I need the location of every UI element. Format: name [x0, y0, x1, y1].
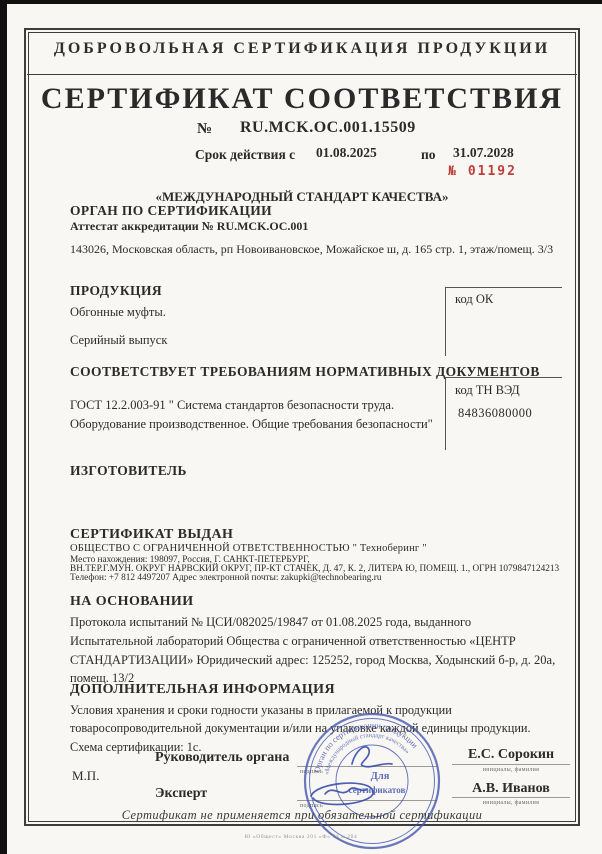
disclaimer-text: Сертификат не применяется при обязательн…	[24, 808, 580, 823]
valid-to-label: по	[421, 147, 436, 163]
product-heading: ПРОДУКЦИЯ	[70, 283, 162, 299]
manufacturer-heading: ИЗГОТОВИТЕЛЬ	[70, 463, 187, 479]
expert-name-line	[452, 797, 570, 798]
head-name-caption: инициалы, фамилия	[452, 767, 570, 773]
program-label: ДОБРОВОЛЬНАЯ СЕРТИФИКАЦИЯ ПРОДУКЦИИ	[24, 40, 580, 58]
issued-to-contacts: Телефон: +7 812 4497207 Адрес электронно…	[70, 573, 381, 583]
scan-edge-top	[0, 0, 602, 4]
validity-label: Срок действия с	[195, 147, 295, 163]
code-ok-label: код ОК	[455, 292, 493, 307]
additional-info-heading: ДОПОЛНИТЕЛЬНАЯ ИНФОРМАЦИЯ	[70, 682, 335, 698]
form-number-sign: №	[448, 164, 458, 179]
accreditation-number: Аттестат аккредитации № RU.MCK.OC.001	[70, 219, 308, 234]
certificate-number-sign: №	[197, 121, 212, 138]
product-issue-type: Серийный выпуск	[70, 333, 167, 348]
valid-to-date: 31.07.2028	[453, 145, 514, 161]
header-divider	[27, 74, 577, 75]
form-number-value: 01192	[468, 164, 517, 179]
expert-name-caption: инициалы, фамилия	[452, 800, 570, 806]
print-shop-note: Ю «Общест» Москва 201 «Ф» 73 м 204	[0, 834, 602, 840]
head-of-body-label: Руководитель органа	[155, 750, 289, 766]
issued-to-company: ОБЩЕСТВО С ОГРАНИЧЕННОЙ ОТВЕТСТВЕННОСТЬЮ…	[70, 543, 427, 554]
stamp-center-line2: сертификатов	[349, 785, 406, 795]
gost-requirements-text: ГОСТ 12.2.003-91 " Система стандартов бе…	[70, 396, 438, 435]
certification-body-address: 143026, Московская область, рп Новоивано…	[70, 242, 553, 257]
expert-label: Эксперт	[155, 786, 207, 802]
form-number-stamp: №01192	[448, 164, 517, 179]
product-name: Обгонные муфты.	[70, 305, 166, 320]
head-name-line	[452, 764, 570, 765]
basis-heading: НА ОСНОВАНИИ	[70, 594, 194, 610]
code-tnved-label: код ТН ВЭД	[455, 383, 520, 398]
stamp-place-label: М.П.	[72, 768, 99, 784]
basis-text: Протокола испытаний № ЦСИ/082025/19847 о…	[70, 613, 557, 688]
issued-to-heading: СЕРТИФИКАТ ВЫДАН	[70, 527, 233, 543]
expert-name: А.В. Иванов	[452, 781, 570, 797]
certificate-number: RU.MCK.OC.001.15509	[240, 119, 416, 137]
valid-from-date: 01.08.2025	[316, 145, 377, 161]
stamp-center-line1: Для	[371, 771, 390, 782]
head-name: Е.С. Сорокин	[452, 747, 570, 763]
round-stamp-svg: Орган по сертификации продукции «Междуна…	[297, 706, 447, 854]
code-tnved-value: 84836080000	[458, 406, 532, 421]
head-signature-scribble	[352, 747, 392, 767]
scan-edge-left	[0, 0, 7, 854]
round-stamp: Орган по сертификации продукции «Междуна…	[297, 706, 447, 854]
certificate-title: СЕРТИФИКАТ СООТВЕТСТВИЯ	[24, 82, 580, 116]
certification-body-heading: ОРГАН ПО СЕРТИФИКАЦИИ	[70, 203, 272, 219]
certificate-page: ДОБРОВОЛЬНАЯ СЕРТИФИКАЦИЯ ПРОДУКЦИИ СЕРТ…	[0, 0, 602, 854]
